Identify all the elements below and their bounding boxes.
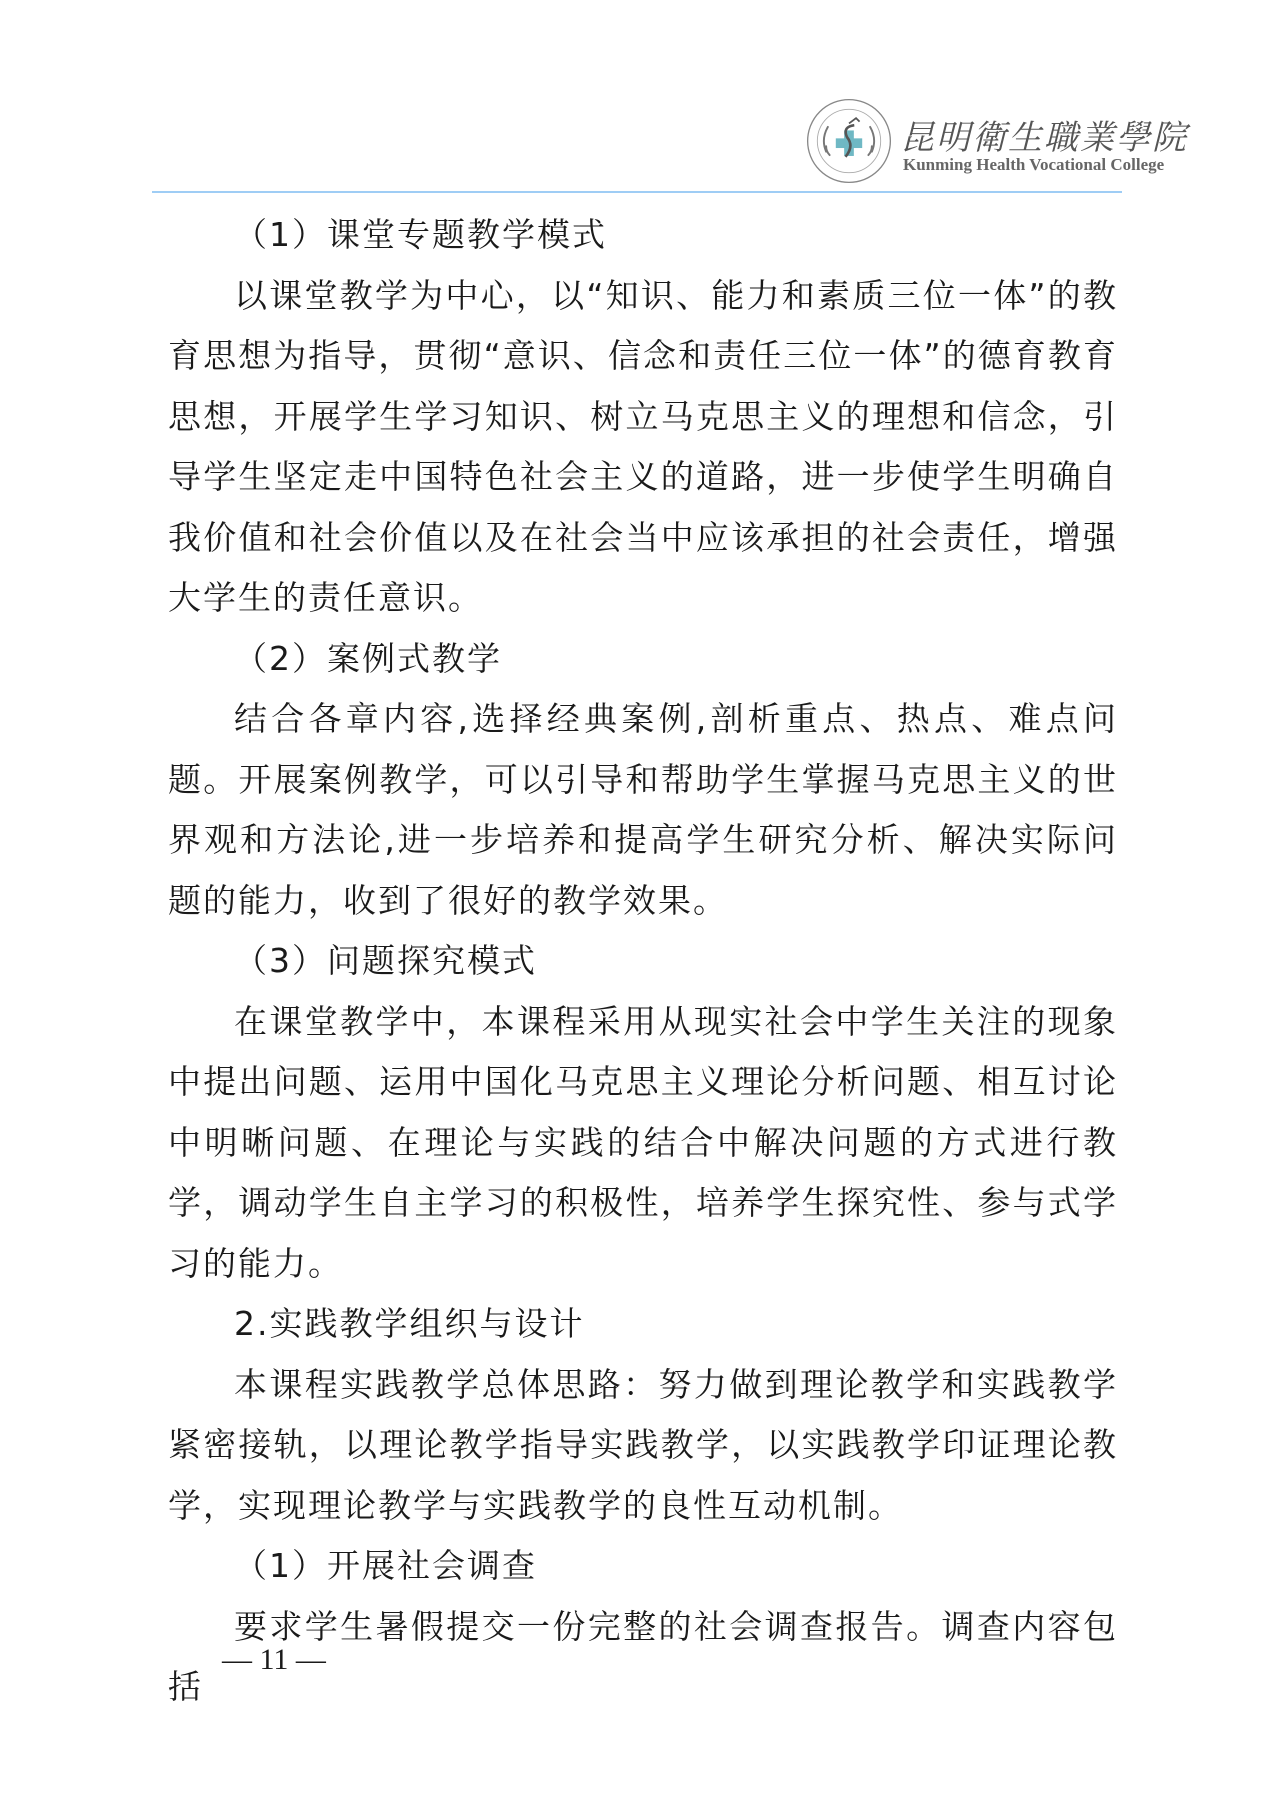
college-name-en: Kunming Health Vocational College (903, 155, 1164, 175)
paragraph-classroom-topics: 以课堂教学为中心，以“知识、能力和素质三位一体”的教育思想为指导，贯彻“意识、信… (168, 266, 1118, 629)
college-logo-icon (805, 97, 893, 185)
page-number: — 11 — (222, 1643, 326, 1677)
document-body: （1）课堂专题教学模式 以课堂教学为中心，以“知识、能力和素质三位一体”的教育思… (168, 205, 1118, 1718)
section-heading-social-survey: （1）开展社会调查 (168, 1536, 1118, 1597)
page-header: 昆明衛生職業學院 Kunming Health Vocational Colle… (0, 0, 1274, 200)
section-heading-classroom-topics: （1）课堂专题教学模式 (168, 205, 1118, 266)
paragraph-problem-inquiry: 在课堂教学中，本课程采用从现实社会中学生关注的现象中提出问题、运用中国化马克思主… (168, 992, 1118, 1295)
college-name-cn: 昆明衛生職業學院 (900, 110, 1188, 159)
section-heading-problem-inquiry: （3）问题探究模式 (168, 931, 1118, 992)
paragraph-case-teaching: 结合各章内容,选择经典案例,剖析重点、热点、难点问题。开展案例教学，可以引导和帮… (168, 689, 1118, 931)
section-heading-practice-teaching: 2.实践教学组织与设计 (168, 1294, 1118, 1355)
header-divider (152, 191, 1122, 193)
paragraph-practice-teaching: 本课程实践教学总体思路：努力做到理论教学和实践教学紧密接轨，以理论教学指导实践教… (168, 1355, 1118, 1537)
section-heading-case-teaching: （2）案例式教学 (168, 629, 1118, 690)
